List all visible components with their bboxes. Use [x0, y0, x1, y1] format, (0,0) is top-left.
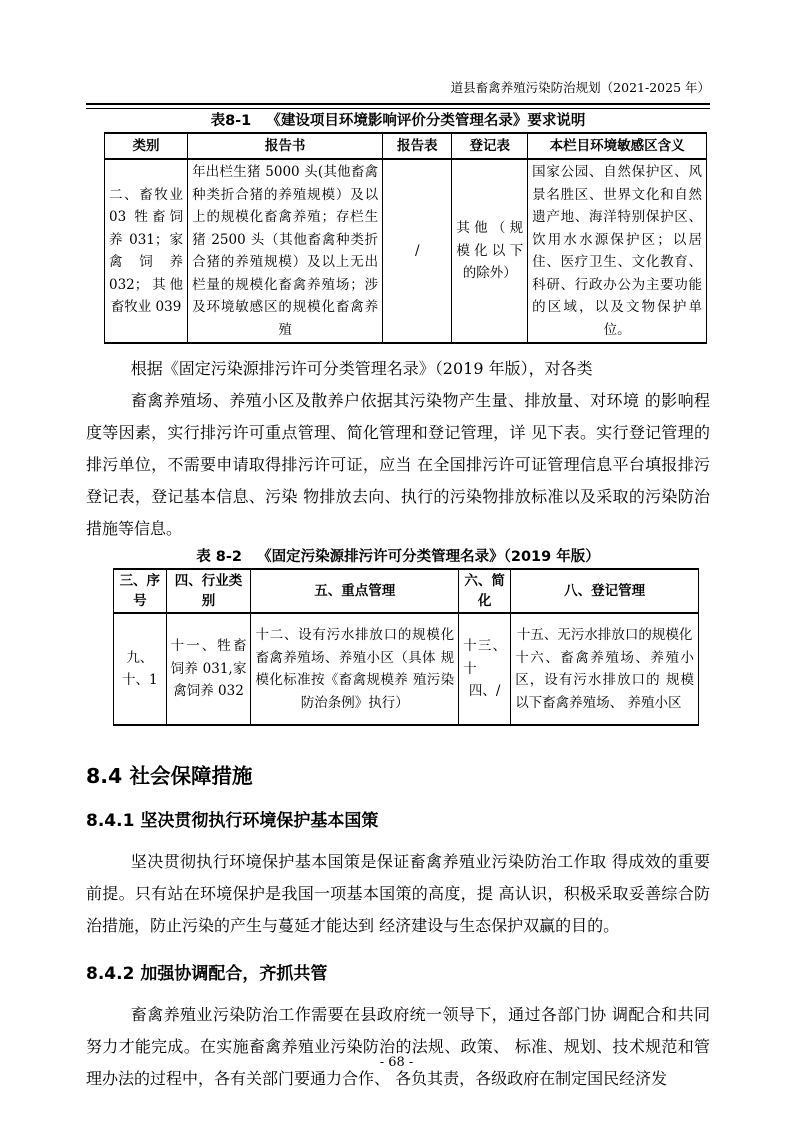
table-8-1-header-category: 类别: [105, 133, 188, 159]
table-8-2-cell-key-management: 十二、设有污水排放口的规模化畜禽养殖场、养殖小区（具体 规模化标准按《畜禽规模养…: [251, 613, 459, 725]
table-8-2-cell-industry: 十一、牲畜饲养 031,家 禽饲养 032: [166, 613, 251, 725]
page-header-title: 道县畜禽养殖污染防治规划（2021-2025 年）: [86, 80, 710, 96]
table-8-1-cell-report-book: 年出栏生猪 5000 头(其他畜禽种类折合猪的养殖规模）及以上的规模化畜禽养殖；…: [188, 159, 383, 343]
table-8-1-cell-report-form: /: [383, 159, 452, 343]
section-heading-8-4-1: 8.4.1 坚决贯彻执行环境保护基本国策: [86, 810, 710, 833]
table-8-2-cell-simplified: 十三、十四、/: [459, 613, 511, 725]
paragraph-8-4-1: 坚决贯彻执行环境保护基本国策是保证畜禽养殖业污染防治工作取 得成效的重要前提。只…: [86, 846, 710, 942]
table-8-2-header-serial: 三、序号: [114, 569, 167, 613]
table-8-2-header-row: 三、序号 四、行业类别 五、重点管理 六、简化 八、登记管理: [114, 569, 699, 613]
table-8-1-header-report-book: 报告书: [188, 133, 383, 159]
table-8-1-cell-category: 二、畜牧业 03 牲畜饲养 031；家禽饲养 032；其他畜牧业 039: [105, 159, 188, 343]
table-8-2-header-key-management: 五、重点管理: [251, 569, 459, 613]
table-8-2-header-simplified: 六、简化: [459, 569, 511, 613]
section-heading-8-4-2: 8.4.2 加强协调配合，齐抓共管: [86, 963, 710, 986]
paragraph-permit-management: 畜禽养殖场、养殖小区及散养户依据其污染物产生量、排放量、对环境 的影响程度等因素…: [86, 385, 710, 545]
paragraph-8-4-2: 畜禽养殖业污染防治工作需要在县政府统一领导下，通过各部门协 调配合和共同努力才能…: [86, 999, 710, 1095]
table-8-1-cell-sensitive-meaning: 国家公园、自然保护区、风景名胜区、世界文化和自然遗产地、海洋特别保护区、饮用水水…: [528, 159, 707, 343]
footer-page-number: - 68 -: [0, 1055, 793, 1070]
table-8-1-caption: 表8-1 《建设项目环境影响评价分类管理名录》要求说明: [86, 112, 710, 131]
table-row: 二、畜牧业 03 牲畜饲养 031；家禽饲养 032；其他畜牧业 039 年出栏…: [105, 159, 707, 343]
table-8-2-caption: 表 8-2 《固定污染源排污许可分类管理名录》（2019 年版）: [86, 548, 710, 567]
table-8-2-header-registration: 八、登记管理: [511, 569, 699, 613]
registration-item-15: 十五、无污水排放口的规模化: [515, 624, 694, 647]
table-row: 九、十、1 十一、牲畜饲养 031,家 禽饲养 032 十二、设有污水排放口的规…: [114, 613, 699, 725]
section-heading-8-4: 8.4 社会保障措施: [86, 763, 710, 789]
document-page: 道县畜禽养殖污染防治规划（2021-2025 年） 表8-1 《建设项目环境影响…: [0, 0, 793, 1122]
table-8-1: 类别 报告书 报告表 登记表 本栏目环境敏感区含义 二、畜牧业 03 牲畜饲养 …: [104, 132, 707, 344]
table-8-2-cell-serial: 九、十、1: [114, 613, 167, 725]
paragraph-intro: 根据《固定污染源排污许可分类管理名录》（2019 年版），对各类: [86, 353, 710, 385]
table-8-2: 三、序号 四、行业类别 五、重点管理 六、简化 八、登记管理 九、十、1 十一、…: [113, 568, 699, 726]
table-8-1-header-row: 类别 报告书 报告表 登记表 本栏目环境敏感区含义: [105, 133, 707, 159]
table-8-1-header-sensitive-meaning: 本栏目环境敏感区含义: [528, 133, 707, 159]
header-rule: [86, 103, 710, 109]
table-8-1-header-registration-form: 登记表: [452, 133, 528, 159]
registration-item-16: 十六、畜禽养殖场、养殖小区，设有污水排放口的 规模以下畜禽养殖场、 养殖小区: [515, 647, 694, 715]
table-8-2-cell-registration: 十五、无污水排放口的规模化 十六、畜禽养殖场、养殖小区，设有污水排放口的 规模以…: [511, 613, 699, 725]
table-8-1-header-report-form: 报告表: [383, 133, 452, 159]
table-8-2-header-industry: 四、行业类别: [166, 569, 251, 613]
table-8-1-cell-registration-form: 其他（规模化以下的除外）: [452, 159, 528, 343]
